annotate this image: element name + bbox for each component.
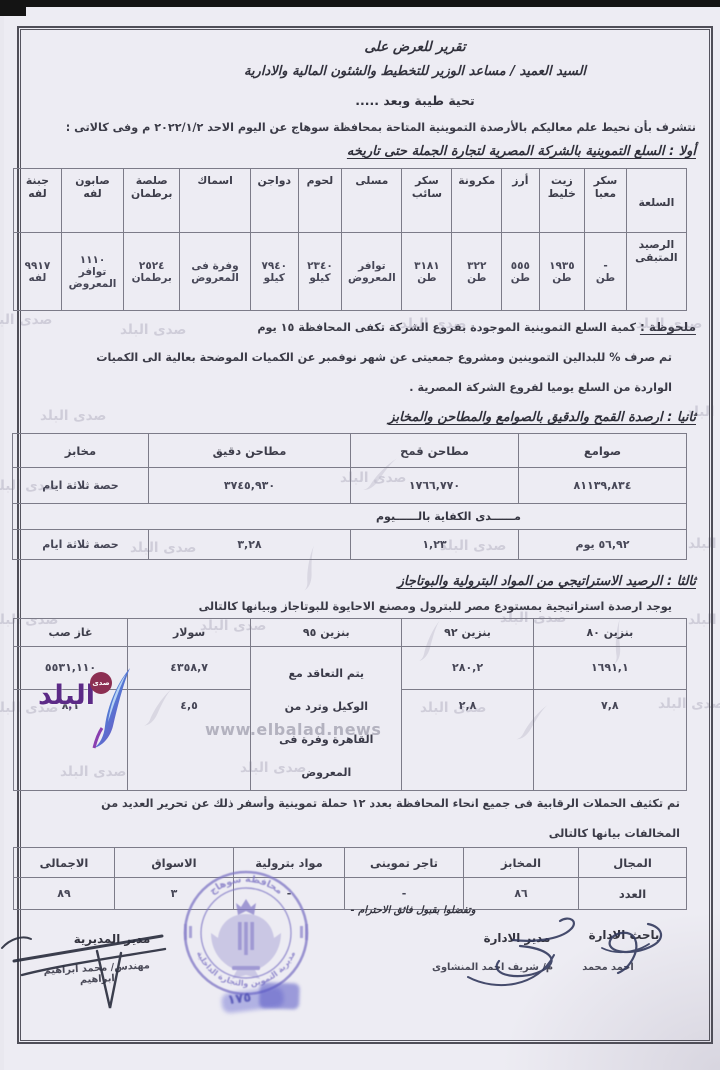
t1-header: سكر معبا (585, 169, 627, 233)
logo-badge: صدى (90, 672, 112, 694)
t2-value: ٨١١٣٩,٨٣٤ (519, 468, 687, 504)
t1-value: ٧٩٤٠ كيلو (250, 233, 298, 311)
scanned-document: صدى البلدصدى البلدصدى البلدصدى البلدصدى … (0, 0, 720, 1070)
t3-header: غاز صب (14, 619, 128, 647)
t1-header: صابون لفه (61, 169, 123, 233)
t1-value: ٥٥٥ طن (502, 233, 539, 311)
t2-value: ٣,٢٨ (149, 530, 351, 560)
t1-header: اسماك (180, 169, 251, 233)
t3-value: ٢٨٠,٢ (402, 647, 533, 690)
t2-value: ٥٦,٩٢ يوم (519, 530, 687, 560)
t1-header: زيت خليط (539, 169, 585, 233)
t1-value: ٢٥٢٤ برطمان (124, 233, 180, 311)
t3-value: ٢,٨ (402, 689, 533, 790)
t4-header: المخابز (464, 848, 579, 878)
t1-header: سكر سائب (402, 169, 452, 233)
addressee-line: السيد العميد / مساعد الوزير للتخطيط والش… (110, 64, 720, 79)
t1-value: ٢٣٤٠ كيلو (298, 233, 342, 311)
t2-value: حصة ثلاثة ايام (13, 468, 149, 504)
t3-header: بنزين ٩٥ (251, 619, 402, 647)
t3-header: بنزين ٨٠ (533, 619, 686, 647)
section2-title: ثانيا : ارصدة القمح والدقيق بالصوامع وال… (388, 410, 696, 425)
t2-header: مطاحن قمح (351, 434, 519, 468)
signature-title-admin-manager: مدير الادارة (478, 931, 556, 945)
document-content: تقرير للعرض على السيد العميد / مساعد الو… (0, 0, 720, 1070)
t1-value: ٣٢٢ طن (452, 233, 502, 311)
intro-line: نتشرف بأن نحيط علم معاليكم بالأرصدة التم… (55, 121, 696, 134)
t3-header: سولار (128, 619, 251, 647)
t1-value: - طن (585, 233, 627, 311)
t1-value: وفرة فى المعروض (180, 233, 251, 311)
t2-value: حصة ثلاثة ايام (13, 530, 149, 560)
report-title: تقرير للعرض على (110, 39, 720, 55)
t1-value: ١١١٠ توافر المعروض (61, 233, 123, 311)
t4-value: ٣ (114, 878, 233, 910)
note-text: كمية السلع التموينية الموجودة بفروع الشر… (257, 321, 636, 334)
t1-header: دواجن (250, 169, 298, 233)
t4-header: الاجمالى (14, 848, 115, 878)
note-label: ملحوظة : (640, 320, 696, 334)
t4-header: المجال (579, 848, 687, 878)
wheat-flour-table: صوامع مطاحن قمح مطاحن دقيق مخابز ٨١١٣٩,٨… (12, 433, 687, 560)
t2-value: ١٧٦٦,٧٧٠ (351, 468, 519, 504)
t1-row-label: الرصيد المتبقى (626, 233, 686, 311)
note-line1: ملحوظة : كمية السلع التموينية الموجودة ب… (60, 320, 696, 334)
section1-title: أولا : السلع التموينية بالشركة المصرية ل… (347, 144, 696, 159)
t2-header: صوامع (519, 434, 687, 468)
t1-header: أرز (502, 169, 539, 233)
t4-value: - (234, 878, 345, 910)
t1-value: ٩٩١٧ لفه (14, 233, 62, 311)
greeting-line: تحية طيبة وبعد ..... (110, 93, 720, 108)
t1-corner: السلعة (626, 169, 686, 233)
t1-header: صلصة برطمان (124, 169, 180, 233)
t4-header: تاجر تموينى (344, 848, 463, 878)
t4-value: ٨٩ (14, 878, 115, 910)
t1-header: جبنة لفه (14, 169, 62, 233)
signature-name-researcher: احمد محمد (562, 962, 654, 973)
t1-header: مكرونة (452, 169, 502, 233)
campaigns-line2: المخالفات بيانها كالتالى (55, 827, 680, 840)
website-watermark: www.elbalad.news (205, 720, 381, 739)
t3-benzine95-note: يتم التعاقد مع الوكيل وترد من القاهرة وف… (251, 647, 402, 791)
elbalad-logo: البلد صدى (38, 664, 148, 754)
violations-table: المجال المخابز تاجر تموينى مواد بترولية … (13, 847, 687, 910)
t2-sufficiency-row: مــــــدى الكفاية بالــــــيوم (13, 504, 687, 530)
note-line2: تم صرف % للبدالين التموينين ومشروع جمعيت… (60, 351, 672, 364)
logo-text: البلد (38, 680, 95, 711)
t3-header: بنزين ٩٢ (402, 619, 533, 647)
t1-value: توافر المعروض (342, 233, 402, 311)
signature-title-researcher: باحث الادارة (582, 928, 666, 942)
t2-value: ٣٧٤٥,٩٣٠ (149, 468, 351, 504)
t2-value: ١,٢٣ (351, 530, 519, 560)
t1-header: مسلى (342, 169, 402, 233)
t3-value: ١٦٩١,١ (533, 647, 686, 690)
campaigns-line1: تم تكثيف الحملات الرقابية فى جميع انحاء … (55, 797, 680, 810)
t1-header: لحوم (298, 169, 342, 233)
signature-name-admin-manager: م/ شريف احمد المنشاوى (415, 962, 553, 973)
signature-title-directorate-manager: مدير المديرية (72, 932, 152, 946)
note-line3: الواردة من السلع يوميا لفروع الشركة المص… (60, 381, 672, 394)
commodities-table: السلعة سكر معبا زيت خليط أرز مكرونة سكر … (13, 168, 687, 311)
section3-title: ثالثا : الرصيد الاستراتيجي من المواد الب… (398, 574, 696, 589)
t2-header: مطاحن دقيق (149, 434, 351, 468)
t4-row-label: العدد (579, 878, 687, 910)
t1-value: ٣١٨١ طن (402, 233, 452, 311)
t4-header: الاسواق (114, 848, 233, 878)
closing-line: وتفضلوا بقبول فائق الاحترام - (338, 905, 488, 916)
t4-header: مواد بترولية (234, 848, 345, 878)
t3-value: ٧,٨ (533, 689, 686, 790)
t1-value: ١٩٣٥ طن (539, 233, 585, 311)
t2-header: مخابز (13, 434, 149, 468)
section3-subtitle: يوجد ارصدة استراتيجية بمستودع مصر للبترو… (60, 600, 672, 613)
